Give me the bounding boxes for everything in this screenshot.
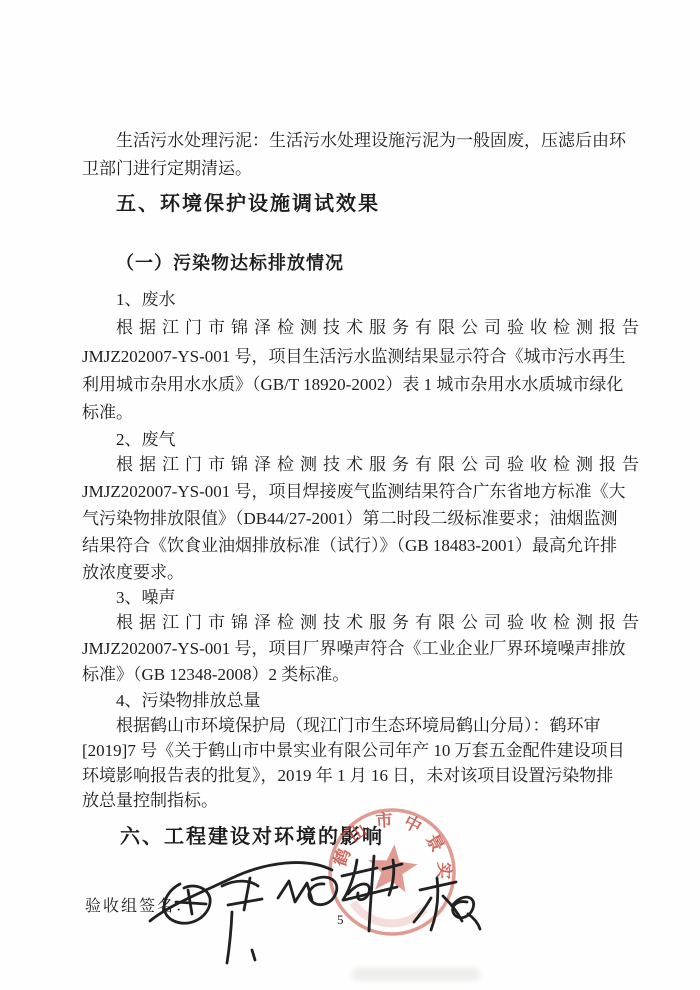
paragraph-line: 生活污水处理污泥：生活污水处理设施污泥为一般固废，压滤后由环 (82, 128, 652, 154)
signature-3 (468, 914, 480, 929)
seal-faded-lower-text (352, 903, 425, 927)
signature-1 (252, 950, 255, 960)
section-heading-5: 五、环境保护设施调试效果 (82, 191, 652, 217)
paragraph-line: 结果符合《饮食业油烟排放标准（试行）》（GB 18483-2001）最高允许排 (82, 533, 618, 559)
signature-1 (278, 881, 312, 902)
list-item-heading: 3、噪声 (82, 585, 652, 611)
paragraph-line: JMJZ202007-YS-001 号，项目生活污水监测结果显示符合《城市污水再… (82, 344, 618, 370)
paragraph-line: JMJZ202007-YS-001 号，项目厂界噪声符合《工业企业厂界环境噪声排… (82, 636, 618, 662)
list-item-heading: 2、废气 (82, 427, 652, 453)
paragraph-line: 放浓度要求。 (82, 560, 618, 586)
paragraph-line: 卫部门进行定期清运。 (82, 156, 618, 182)
list-item-heading: 4、污染物排放总量 (82, 688, 652, 714)
paragraph-line: 环境影响报告表的批复》，2019 年 1 月 16 日，未对该项目设置污染物排 (82, 763, 618, 789)
signature-caption: 验收组签名： (85, 893, 193, 916)
subsection-heading: （一）污染物达标排放情况 (82, 250, 652, 276)
paragraph-line: 根据江门市锦泽检测技术服务有限公司验收检测报告 (82, 315, 652, 341)
scan-smudge (352, 968, 480, 981)
paragraph-line: 标准》（GB 12348-2008）2 类标准。 (82, 662, 618, 688)
paragraph-line: [2019]7 号《关于鹤山市中景实业有限公司年产 10 万套五金配件建设项目 (82, 738, 618, 764)
paragraph-line: 气污染物排放限值》（DB44/27-2001）第二时段二级标准要求；油烟监测 (82, 506, 618, 532)
list-item-heading: 1、废水 (82, 287, 652, 313)
page-number: 5 (337, 912, 344, 928)
paragraph-line: 标准。 (82, 400, 618, 426)
seal-star-icon (366, 842, 419, 893)
signature-1 (227, 912, 232, 963)
paragraph-line: 根据江门市锦泽检测技术服务有限公司验收检测报告 (82, 610, 652, 636)
paragraph-line: 根据江门市锦泽检测技术服务有限公司验收检测报告 (82, 452, 652, 478)
paragraph-line: JMJZ202007-YS-001 号，项目焊接废气监测结果符合广东省地方标准《… (82, 479, 618, 505)
paragraph-line: 根据鹤山市环境保护局（现江门市生态环境局鹤山分局）：鹤环审 (82, 713, 652, 739)
paragraph-line: 利用城市杂用水水质》（GB/T 18920-2002）表 1 城市杂用水水质城市… (82, 372, 618, 398)
document-page: 生活污水处理污泥：生活污水处理设施污泥为一般固废，压滤后由环 卫部门进行定期清运… (0, 0, 700, 990)
signature-1 (222, 878, 262, 910)
